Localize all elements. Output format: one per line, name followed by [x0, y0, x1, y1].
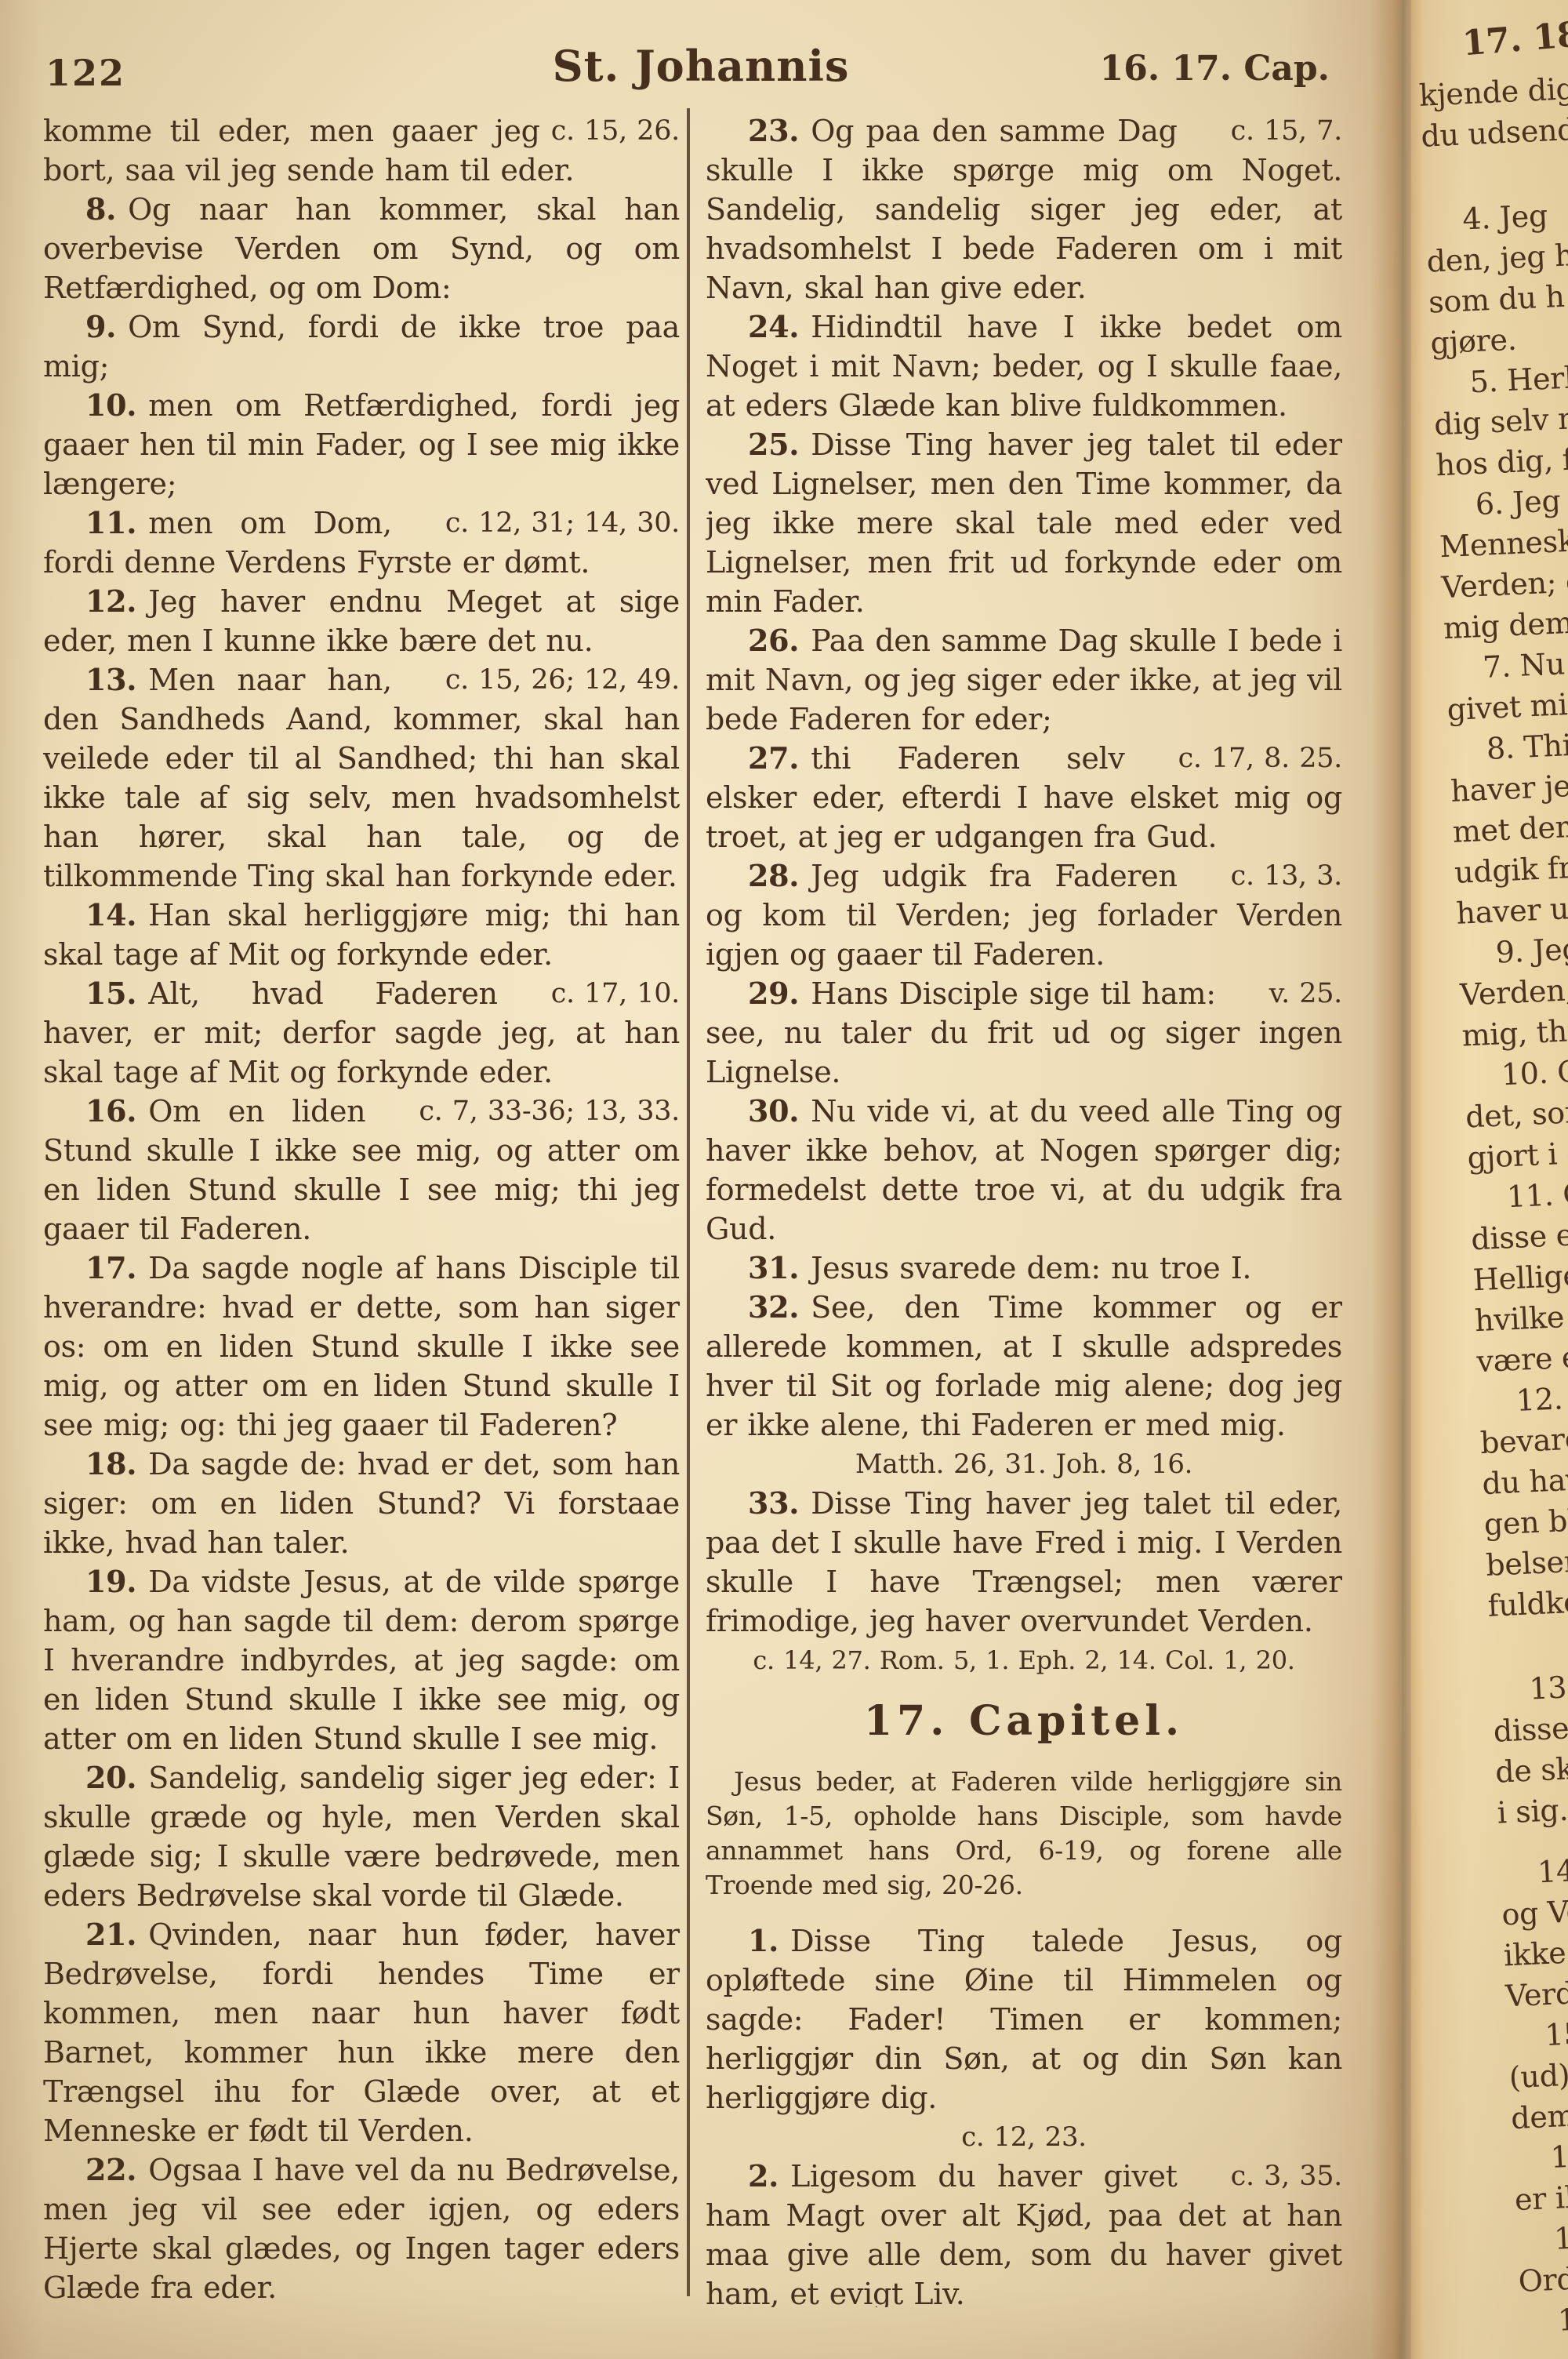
verse-text: Qvinden, naar hun føder, haver Bedrøvels… — [43, 1917, 680, 2148]
next-page-sliver: 17. 18. Ca kjende dig, du udsendt 4. Jeg… — [1411, 0, 1568, 2359]
verse-text: Og naar han kommer, skal han overbevise … — [43, 192, 680, 305]
verse-paragraph: 28.c. 13, 3.Jeg udgik fra Faderen og kom… — [706, 856, 1342, 974]
next-page-line-text: i sig. — [1497, 1793, 1568, 1830]
next-page-line-text: kjende dig, — [1418, 71, 1568, 112]
next-page-line-text: 13. Men — [1528, 1667, 1568, 1707]
verse-paragraph: 11.c. 12, 31; 14, 30.men om Dom, fordi d… — [43, 503, 680, 582]
next-page-line-text: og Verden — [1501, 1891, 1568, 1932]
next-page-line-text: gen blev for — [1483, 1499, 1568, 1542]
next-page-line-text: gjort i dem. — [1467, 1133, 1568, 1176]
verse-paragraph: 1.Disse Ting talede Jesus, og opløftede … — [706, 1921, 1342, 2117]
verse-number: 10. — [85, 387, 136, 423]
next-page-line-text: mig dem, — [1443, 605, 1568, 645]
verse-number: 12. — [85, 583, 136, 619]
column-divider-rule — [687, 108, 690, 2296]
verse-text: Paa den samme Dag skulle I bede i mit Na… — [706, 623, 1342, 736]
verse-number: 14. — [85, 897, 136, 932]
next-page-line-text: 17. Hellig — [1553, 2215, 1568, 2255]
verse-text: c. 14, 27. Rom. 5, 1. Eph. 2, 14. Col. 1… — [753, 1645, 1294, 1675]
next-page-column: 17. 18. Ca kjende dig, du udsendt 4. Jeg… — [1416, 13, 1568, 2343]
next-page-line-text: fuldkommes. — [1487, 1580, 1568, 1623]
next-page-line-text: disse ere i V — [1470, 1214, 1568, 1257]
next-page-line-text: hvilke du h — [1474, 1296, 1568, 1338]
next-page-line-text: haver udse — [1456, 889, 1568, 930]
next-page-line-text: givet mig, — [1446, 686, 1568, 728]
verse-text: Sandelig, sandelig siger jeg eder: I sku… — [43, 1761, 680, 1913]
verse-number: 22. — [85, 2152, 136, 2187]
cross-reference: c. 3, 35. — [1178, 2157, 1342, 2196]
next-page-line-text: 18. Ligeso — [1557, 2296, 1568, 2338]
cross-reference: c. 15, 26; 12, 49. — [392, 660, 680, 700]
verse-text: Han skal herliggjøre mig; thi han skal t… — [43, 898, 680, 972]
verse-paragraph: Jesus beder, at Faderen vilde herliggjør… — [706, 1765, 1342, 1903]
cross-reference: c. 7, 33-36; 13, 33. — [365, 1092, 680, 1131]
verse-paragraph: 14.Han skal herliggjøre mig; thi han ska… — [43, 896, 680, 974]
verse-text: Matth. 26, 31. Joh. 8, 16. — [855, 1448, 1192, 1480]
verse-number: 2. — [748, 2158, 779, 2194]
verse-number: 24. — [748, 309, 799, 344]
next-page-line-text: 6. Jeg — [1475, 483, 1561, 522]
verse-text: Jesus beder, at Faderen vilde herliggjør… — [706, 1766, 1342, 1900]
verse-paragraph: 9.Om Synd, fordi de ikke troe paa mig; — [43, 307, 680, 386]
next-page-line-text: du haver gi — [1482, 1459, 1568, 1501]
verse-text: men om Retfærdighed, fordi jeg gaaer hen… — [43, 388, 680, 501]
verse-text: See, den Time kommer og er allerede komm… — [706, 1290, 1342, 1442]
next-page-line-text: som du h — [1428, 279, 1565, 320]
verse-text: Disse Ting haver jeg talet til eder, paa… — [706, 1486, 1342, 1638]
verse-paragraph: 27.c. 17, 8. 25.thi Faderen selv elsker … — [706, 739, 1342, 856]
verse-paragraph: 12.Jeg haver endnu Meget at sige eder, m… — [43, 582, 680, 660]
verse-number: 15. — [85, 976, 136, 1011]
verse-paragraph: 23.c. 15, 7.Og paa den samme Dag skulle … — [706, 111, 1342, 307]
next-page-line-text: 14. Jeg — [1537, 1850, 1568, 1889]
verse-text: Jeg haver endnu Meget at sige eder, men … — [43, 584, 680, 658]
next-page-line: kjende dig, — [1418, 64, 1568, 116]
verse-paragraph: c. 12, 23. — [706, 2117, 1342, 2157]
next-page-line-text: den, jeg ha — [1426, 237, 1568, 278]
verse-number: 13. — [85, 662, 136, 697]
next-page-line-text: met dem — [1452, 809, 1568, 849]
left-text-column: c. 15, 26.komme til eder, men gaaer jeg … — [43, 111, 680, 2307]
cross-reference: c. 15, 26. — [540, 111, 680, 151]
verse-paragraph: 13.c. 15, 26; 12, 49.Men naar han, den S… — [43, 660, 680, 896]
verse-number: 1. — [748, 1923, 779, 1958]
next-page-line: 17. 18. Ca — [1415, 9, 1568, 68]
verse-paragraph: Matth. 26, 31. Joh. 8, 16. — [706, 1445, 1342, 1484]
next-page-line-text: er ikke af Ve — [1514, 2174, 1568, 2217]
cross-reference: v. 25. — [1216, 974, 1342, 1013]
next-page-line-text: Verden, me — [1459, 970, 1568, 1012]
book-gutter-shadow — [1370, 0, 1411, 2359]
cross-reference: c. 17, 8. 25. — [1125, 739, 1342, 778]
verse-number: 11. — [85, 505, 136, 540]
next-page-line-text: 16. De er — [1550, 2134, 1568, 2175]
verse-text: Da sagde de: hvad er det, som han siger:… — [43, 1447, 680, 1560]
verse-paragraph: 17. Capitel. — [706, 1699, 1342, 1744]
next-page-line-text: 5. Herl — [1469, 360, 1568, 399]
verse-text: Disse Ting haver jeg talet til eder ved … — [706, 427, 1342, 619]
next-page-line-text: de skulle ha — [1494, 1747, 1568, 1789]
next-page-line-text: 8. Thi — [1486, 728, 1568, 766]
verse-text: Ogsaa I have vel da nu Bedrøvelse, men j… — [43, 2153, 680, 2305]
next-page-line-text: udgik fra — [1454, 849, 1568, 890]
next-page-line-text: 7. Nu — [1482, 646, 1565, 685]
next-page-line-text: Hellige Fa — [1472, 1256, 1568, 1298]
verse-number: 33. — [748, 1485, 799, 1521]
verse-number: 19. — [85, 1564, 136, 1599]
next-page-line-text: Verden; d — [1441, 564, 1568, 605]
verse-number: 30. — [748, 1093, 799, 1129]
next-page-line-text: belsens Bar — [1485, 1540, 1568, 1583]
next-page-line-text: 17. 18. Ca — [1461, 9, 1568, 64]
verse-number: 26. — [748, 623, 799, 658]
verse-number: 28. — [748, 858, 799, 893]
verse-number: 20. — [85, 1760, 136, 1795]
next-page-line-text: 12. Da — [1515, 1379, 1568, 1418]
verse-number: 9. — [85, 309, 116, 344]
next-page-line-text: (ud) af Ver — [1508, 2053, 1568, 2095]
verse-paragraph: 29.v. 25.Hans Disciple sige til ham: see… — [706, 974, 1342, 1092]
cross-reference: c. 12, 31; 14, 30. — [392, 503, 680, 543]
verse-number: 21. — [85, 1917, 136, 1952]
next-page-line-text: 11. Og — [1506, 1176, 1568, 1215]
next-page-line-text: være eet, lig — [1475, 1336, 1568, 1379]
verse-paragraph: c. 14, 27. Rom. 5, 1. Eph. 2, 14. Col. 1… — [706, 1641, 1342, 1680]
verse-paragraph: 25.Disse Ting haver jeg talet til eder v… — [706, 425, 1342, 621]
verse-text: c. 12, 23. — [961, 2121, 1087, 2153]
verse-number: 18. — [85, 1446, 136, 1481]
verse-paragraph: 22.Ogsaa I have vel da nu Bedrøvelse, me… — [43, 2150, 680, 2307]
verse-paragraph: 30.Nu vide vi, at du veed alle Ting og h… — [706, 1092, 1342, 1249]
next-page-line-text: ikke ere af V — [1503, 1930, 1568, 1973]
verse-text: Nu vide vi, at du veed alle Ting og have… — [706, 1094, 1342, 1246]
verse-paragraph: 16.c. 7, 33-36; 13, 33.Om en liden Stund… — [43, 1092, 680, 1249]
cross-reference: c. 17, 10. — [498, 974, 680, 1013]
verse-number: 29. — [748, 976, 799, 1011]
verse-text: komme til eder, men gaaer jeg bort, saa … — [43, 114, 574, 187]
verse-number: 17. — [85, 1250, 136, 1285]
cross-reference: c. 15, 7. — [1178, 111, 1342, 151]
next-page-line-text: 4. Jeg — [1461, 198, 1548, 237]
verse-text: Da vidste Jesus, at de vilde spørge ham,… — [43, 1565, 680, 1756]
cross-reference: c. 13, 3. — [1178, 856, 1342, 896]
verse-paragraph: 8.Og naar han kommer, skal han overbevis… — [43, 190, 680, 307]
verse-paragraph: 33.Disse Ting haver jeg talet til eder, … — [706, 1484, 1342, 1641]
next-page-line-text: gjøre. — [1430, 322, 1518, 361]
verse-paragraph: 15.c. 17, 10.Alt, hvad Faderen haver, er… — [43, 974, 680, 1092]
next-page-line-text: hos dig, f — [1436, 442, 1568, 483]
verse-number: 25. — [748, 427, 799, 462]
verse-number: 16. — [85, 1093, 136, 1129]
right-text-column: 23.c. 15, 7.Og paa den samme Dag skulle … — [706, 111, 1342, 2307]
verse-paragraph: c. 15, 26.komme til eder, men gaaer jeg … — [43, 111, 680, 190]
verse-paragraph: 21.Qvinden, naar hun føder, haver Bedrøv… — [43, 1915, 680, 2150]
verse-text: 17. Capitel. — [864, 1697, 1184, 1745]
verse-paragraph: 32.See, den Time kommer og er allerede k… — [706, 1288, 1342, 1445]
verse-paragraph: 2.c. 3, 35.Ligesom du haver givet ham Ma… — [706, 2157, 1342, 2307]
next-page-line-text: 10. Og — [1501, 1053, 1568, 1092]
verse-paragraph: 20.Sandelig, sandelig siger jeg eder: I … — [43, 1758, 680, 1915]
running-header-chapter: 16. 17. Cap. — [1100, 49, 1330, 89]
verse-number: 23. — [748, 113, 799, 148]
next-page-line-text: 9. Jeg b — [1495, 930, 1568, 970]
next-page-line-text: dem fra det — [1510, 2093, 1568, 2135]
verse-paragraph: 26.Paa den samme Dag skulle I bede i mit… — [706, 621, 1342, 739]
verse-number: 32. — [748, 1289, 799, 1325]
next-page-line-text: bevarede jeg — [1479, 1417, 1568, 1460]
next-page-line-text: Ord er Sand — [1518, 2256, 1568, 2299]
verse-paragraph: 31.Jesus svarede dem: nu troe I. — [706, 1249, 1342, 1288]
next-page-line-text: mig, thi de — [1461, 1011, 1568, 1052]
verse-text: Da sagde nogle af hans Disciple til hver… — [43, 1251, 680, 1442]
next-page-line-text: Verden. — [1504, 1974, 1568, 2014]
verse-text: Om Synd, fordi de ikke troe paa mig; — [43, 310, 680, 383]
next-page-line-text: Mennesker, — [1439, 522, 1568, 564]
next-page-line-text: dig selv m — [1433, 401, 1568, 442]
verse-number: 8. — [85, 191, 116, 227]
verse-paragraph: 24.Hidindtil have I ikke bedet om Noget … — [706, 307, 1342, 425]
verse-number: 31. — [748, 1250, 799, 1285]
next-page-line-text: haver jeg — [1450, 768, 1568, 809]
book-page: 122 St. Johannis 16. 17. Cap. c. 15, 26.… — [0, 0, 1402, 2359]
verse-paragraph: 18.Da sagde de: hvad er det, som han sig… — [43, 1445, 680, 1562]
verse-text: Disse Ting talede Jesus, og opløftede si… — [706, 1924, 1342, 2115]
next-page-line-text: det, som dit — [1465, 1092, 1568, 1134]
verse-text: Jesus svarede dem: nu troe I. — [811, 1251, 1251, 1285]
verse-text: Hidindtil have I ikke bedet om Noget i m… — [706, 310, 1342, 423]
book-scan-photo: { "page": { "number": "122", "title": "S… — [0, 0, 1568, 2359]
next-page-line-text: 15. Jeg b — [1544, 2012, 1568, 2053]
verse-number: 27. — [748, 740, 799, 776]
verse-paragraph: 10.men om Retfærdighed, fordi jeg gaaer … — [43, 386, 680, 503]
next-page-line-text: disse Ting — [1493, 1707, 1568, 1749]
verse-paragraph: 19.Da vidste Jesus, at de vilde spørge h… — [43, 1562, 680, 1758]
next-page-line-text: du udsendt — [1421, 111, 1568, 154]
verse-paragraph: 17.Da sagde nogle af hans Disciple til h… — [43, 1249, 680, 1445]
